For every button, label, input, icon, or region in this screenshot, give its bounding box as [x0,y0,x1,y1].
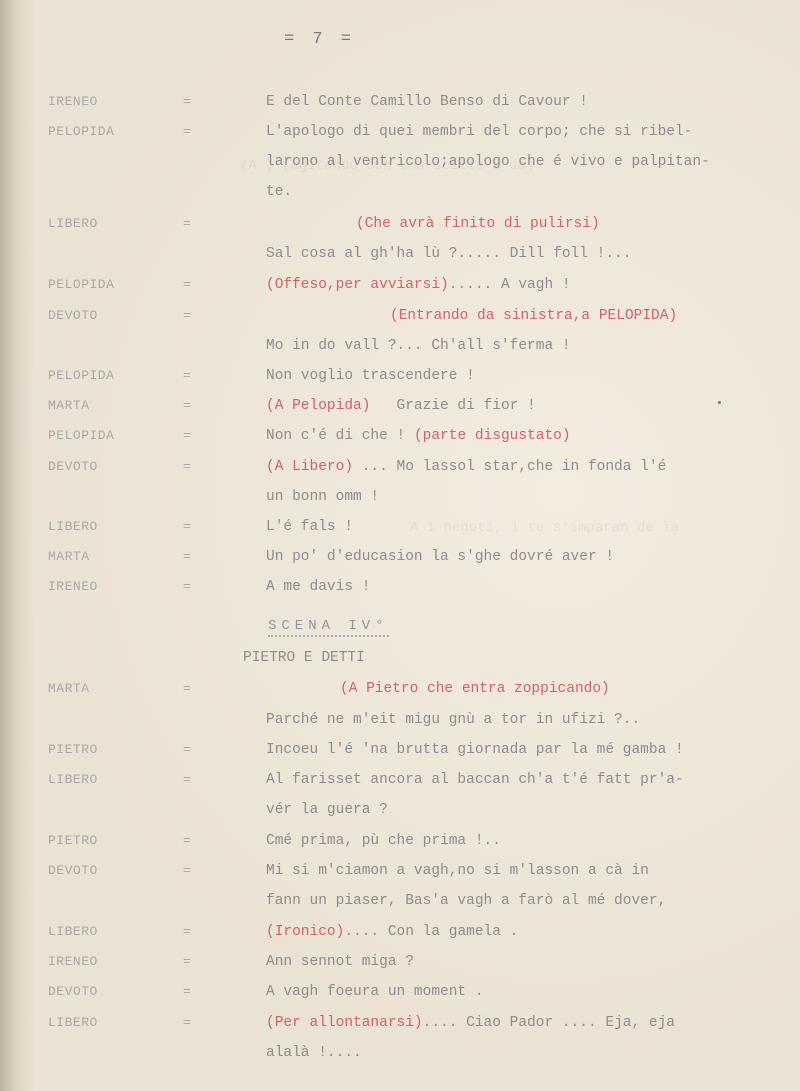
speaker-name: LIBERO [48,768,98,792]
speaker-name: LIBERO [48,920,98,944]
speaker-separator: = [183,424,191,448]
script-line: PELOPIDA = L'apologo di quei membri del … [0,120,800,144]
dialogue-text: Incoeu l'é 'na brutta giornada par la mé… [266,738,684,762]
speaker-separator: = [183,980,191,1004]
dialogue-fragment: Non c'é di che ! [266,428,414,444]
script-line: DEVOTO = (Entrando da sinistra,a PELOPID… [0,304,800,328]
dialogue-text: (Offeso,per avviarsi)..... A vagh ! [266,273,571,297]
dialogue-text: (A Libero) ... Mo lassol star,che in fon… [266,455,666,479]
script-line: MARTA = (A Pietro che entra zoppicando) [0,677,800,701]
script-line: PELOPIDA = Non voglio trascendere ! [0,364,800,388]
dialogue-text: L'é fals ! [266,515,353,539]
stage-direction: (Per allontanarsi) [266,1015,423,1031]
stage-direction: (Entrando da sinistra,a PELOPIDA) [390,304,677,328]
speaker-name: DEVOTO [48,859,98,883]
script-line: PELOPIDA = Non c'é di che ! (parte disgu… [0,424,800,448]
dialogue-text: Sal cosa al gh'ha lù ?..... Dill foll !.… [266,242,631,266]
dialogue-fragment: .... Con la gamela . [344,924,518,940]
speaker-separator: = [183,677,191,701]
scene-characters: PIETRO E DETTI [243,650,365,666]
dialogue-text: (Per allontanarsi).... Ciao Pador .... E… [266,1011,675,1035]
stage-direction: (A Pelopida) [266,398,370,414]
script-line: Sal cosa al gh'ha lù ?..... Dill foll !.… [0,242,800,266]
speaker-separator: = [183,829,191,853]
speaker-separator: = [183,212,191,236]
dialogue-text: Un po' d'educasion la s'ghe dovré aver ! [266,545,614,569]
speaker-name: DEVOTO [48,304,98,328]
dialogue-fragment: ... Mo lassol star,che in fonda l'é [353,459,666,475]
dialogue-text: larono al ventricolo;apologo che é vivo … [266,150,710,174]
script-line: DEVOTO = Mi si m'ciamon a vagh,no si m'l… [0,859,800,883]
scene-heading: SCENA IV° [268,617,389,637]
speaker-name: MARTA [48,545,90,569]
speaker-separator: = [183,273,191,297]
speaker-separator: = [183,364,191,388]
dialogue-text: Al farisset ancora al baccan ch'a t'é fa… [266,768,684,792]
stage-direction: (A Libero) [266,459,353,475]
speaker-separator: = [183,304,191,328]
script-line: IRENEO = Ann sennot miga ? [0,950,800,974]
script-line: LIBERO = L'é fals ! [0,515,800,539]
speaker-name: IRENEO [48,90,98,114]
speaker-name: PELOPIDA [48,364,114,388]
script-line: DEVOTO = A vagh foeura un moment . [0,980,800,1004]
speaker-separator: = [183,768,191,792]
script-line: te. [0,180,800,204]
speaker-name: MARTA [48,677,90,701]
dialogue-text: L'apologo di quei membri del corpo; che … [266,120,692,144]
page-number: = 7 = [284,30,355,49]
speaker-name: PELOPIDA [48,120,114,144]
dialogue-text: A me davis ! [266,575,370,599]
script-line: PIETRO = Cmé prima, pù che prima !.. [0,829,800,853]
script-line: Parché ne m'eit migu gnù a tor in ufizi … [0,708,800,732]
speaker-separator: = [183,859,191,883]
speaker-separator: = [183,575,191,599]
speaker-separator: = [183,120,191,144]
speaker-name: IRENEO [48,950,98,974]
speaker-separator: = [183,545,191,569]
script-line: MARTA = Un po' d'educasion la s'ghe dovr… [0,545,800,569]
stage-direction: (Offeso,per avviarsi) [266,277,449,293]
script-line: MARTA = (A Pelopida) Grazie di fior ! [0,394,800,418]
stage-direction: (Ironico) [266,924,344,940]
dialogue-text: Non c'é di che ! (parte disgustato) [266,424,571,448]
dialogue-text: E del Conte Camillo Benso di Cavour ! [266,90,588,114]
dialogue-text: alalà !.... [266,1041,362,1065]
script-line: LIBERO = Al farisset ancora al baccan ch… [0,768,800,792]
speaker-separator: = [183,394,191,418]
speaker-name: PIETRO [48,738,98,762]
script-line: PELOPIDA = (Offeso,per avviarsi)..... A … [0,273,800,297]
dialogue-text: A vagh foeura un moment . [266,980,484,1004]
script-line: IRENEO = A me davis ! [0,575,800,599]
script-line: DEVOTO = (A Libero) ... Mo lassol star,c… [0,455,800,479]
dialogue-fragment: ..... A vagh ! [449,277,571,293]
speaker-separator: = [183,950,191,974]
stage-direction: (A Pietro che entra zoppicando) [340,677,610,701]
script-line: fann un piaser, Bas'a vagh a farò al mé … [0,889,800,913]
speaker-separator: = [183,738,191,762]
speaker-name: DEVOTO [48,455,98,479]
script-line: Mo in do vall ?... Ch'all s'ferma ! [0,334,800,358]
script-line: LIBERO = (Ironico).... Con la gamela . [0,920,800,944]
script-line: larono al ventricolo;apologo che é vivo … [0,150,800,174]
dialogue-text: Non voglio trascendere ! [266,364,475,388]
speaker-name: PELOPIDA [48,424,114,448]
stage-direction: (Che avrà finito di pulirsi) [356,212,600,236]
dialogue-text: fann un piaser, Bas'a vagh a farò al mé … [266,889,666,913]
dialogue-text: un bonn omm ! [266,485,379,509]
dialogue-fragment: Grazie di fior ! [370,398,535,414]
typed-script-page: = 7 = (A ) (agitando con una stilla e da… [0,0,800,1091]
dialogue-text: te. [266,180,292,204]
script-line: IRENEO = E del Conte Camillo Benso di Ca… [0,90,800,114]
dialogue-text: Cmé prima, pù che prima !.. [266,829,501,853]
dialogue-text: (A Pelopida) Grazie di fior ! [266,394,536,418]
speaker-separator: = [183,90,191,114]
dialogue-fragment: .... Ciao Pador .... Eja, eja [423,1015,675,1031]
dialogue-text: Parché ne m'eit migu gnù a tor in ufizi … [266,708,640,732]
ink-speck [718,401,721,404]
speaker-name: DEVOTO [48,980,98,1004]
speaker-name: PELOPIDA [48,273,114,297]
speaker-name: LIBERO [48,1011,98,1035]
script-line: alalà !.... [0,1041,800,1065]
speaker-name: LIBERO [48,212,98,236]
speaker-name: LIBERO [48,515,98,539]
dialogue-text: vér la guera ? [266,798,388,822]
speaker-separator: = [183,515,191,539]
script-line: vér la guera ? [0,798,800,822]
script-line: LIBERO = (Che avrà finito di pulirsi) [0,212,800,236]
stage-direction: (parte disgustato) [414,428,571,444]
speaker-separator: = [183,455,191,479]
script-line: LIBERO = (Per allontanarsi).... Ciao Pad… [0,1011,800,1035]
speaker-separator: = [183,920,191,944]
dialogue-text: Ann sennot miga ? [266,950,414,974]
script-line: un bonn omm ! [0,485,800,509]
dialogue-text: (Ironico).... Con la gamela . [266,920,518,944]
dialogue-text: Mo in do vall ?... Ch'all s'ferma ! [266,334,571,358]
script-line: PIETRO = Incoeu l'é 'na brutta giornada … [0,738,800,762]
speaker-name: IRENEO [48,575,98,599]
dialogue-text: Mi si m'ciamon a vagh,no si m'lasson a c… [266,859,649,883]
speaker-separator: = [183,1011,191,1035]
speaker-name: MARTA [48,394,90,418]
speaker-name: PIETRO [48,829,98,853]
